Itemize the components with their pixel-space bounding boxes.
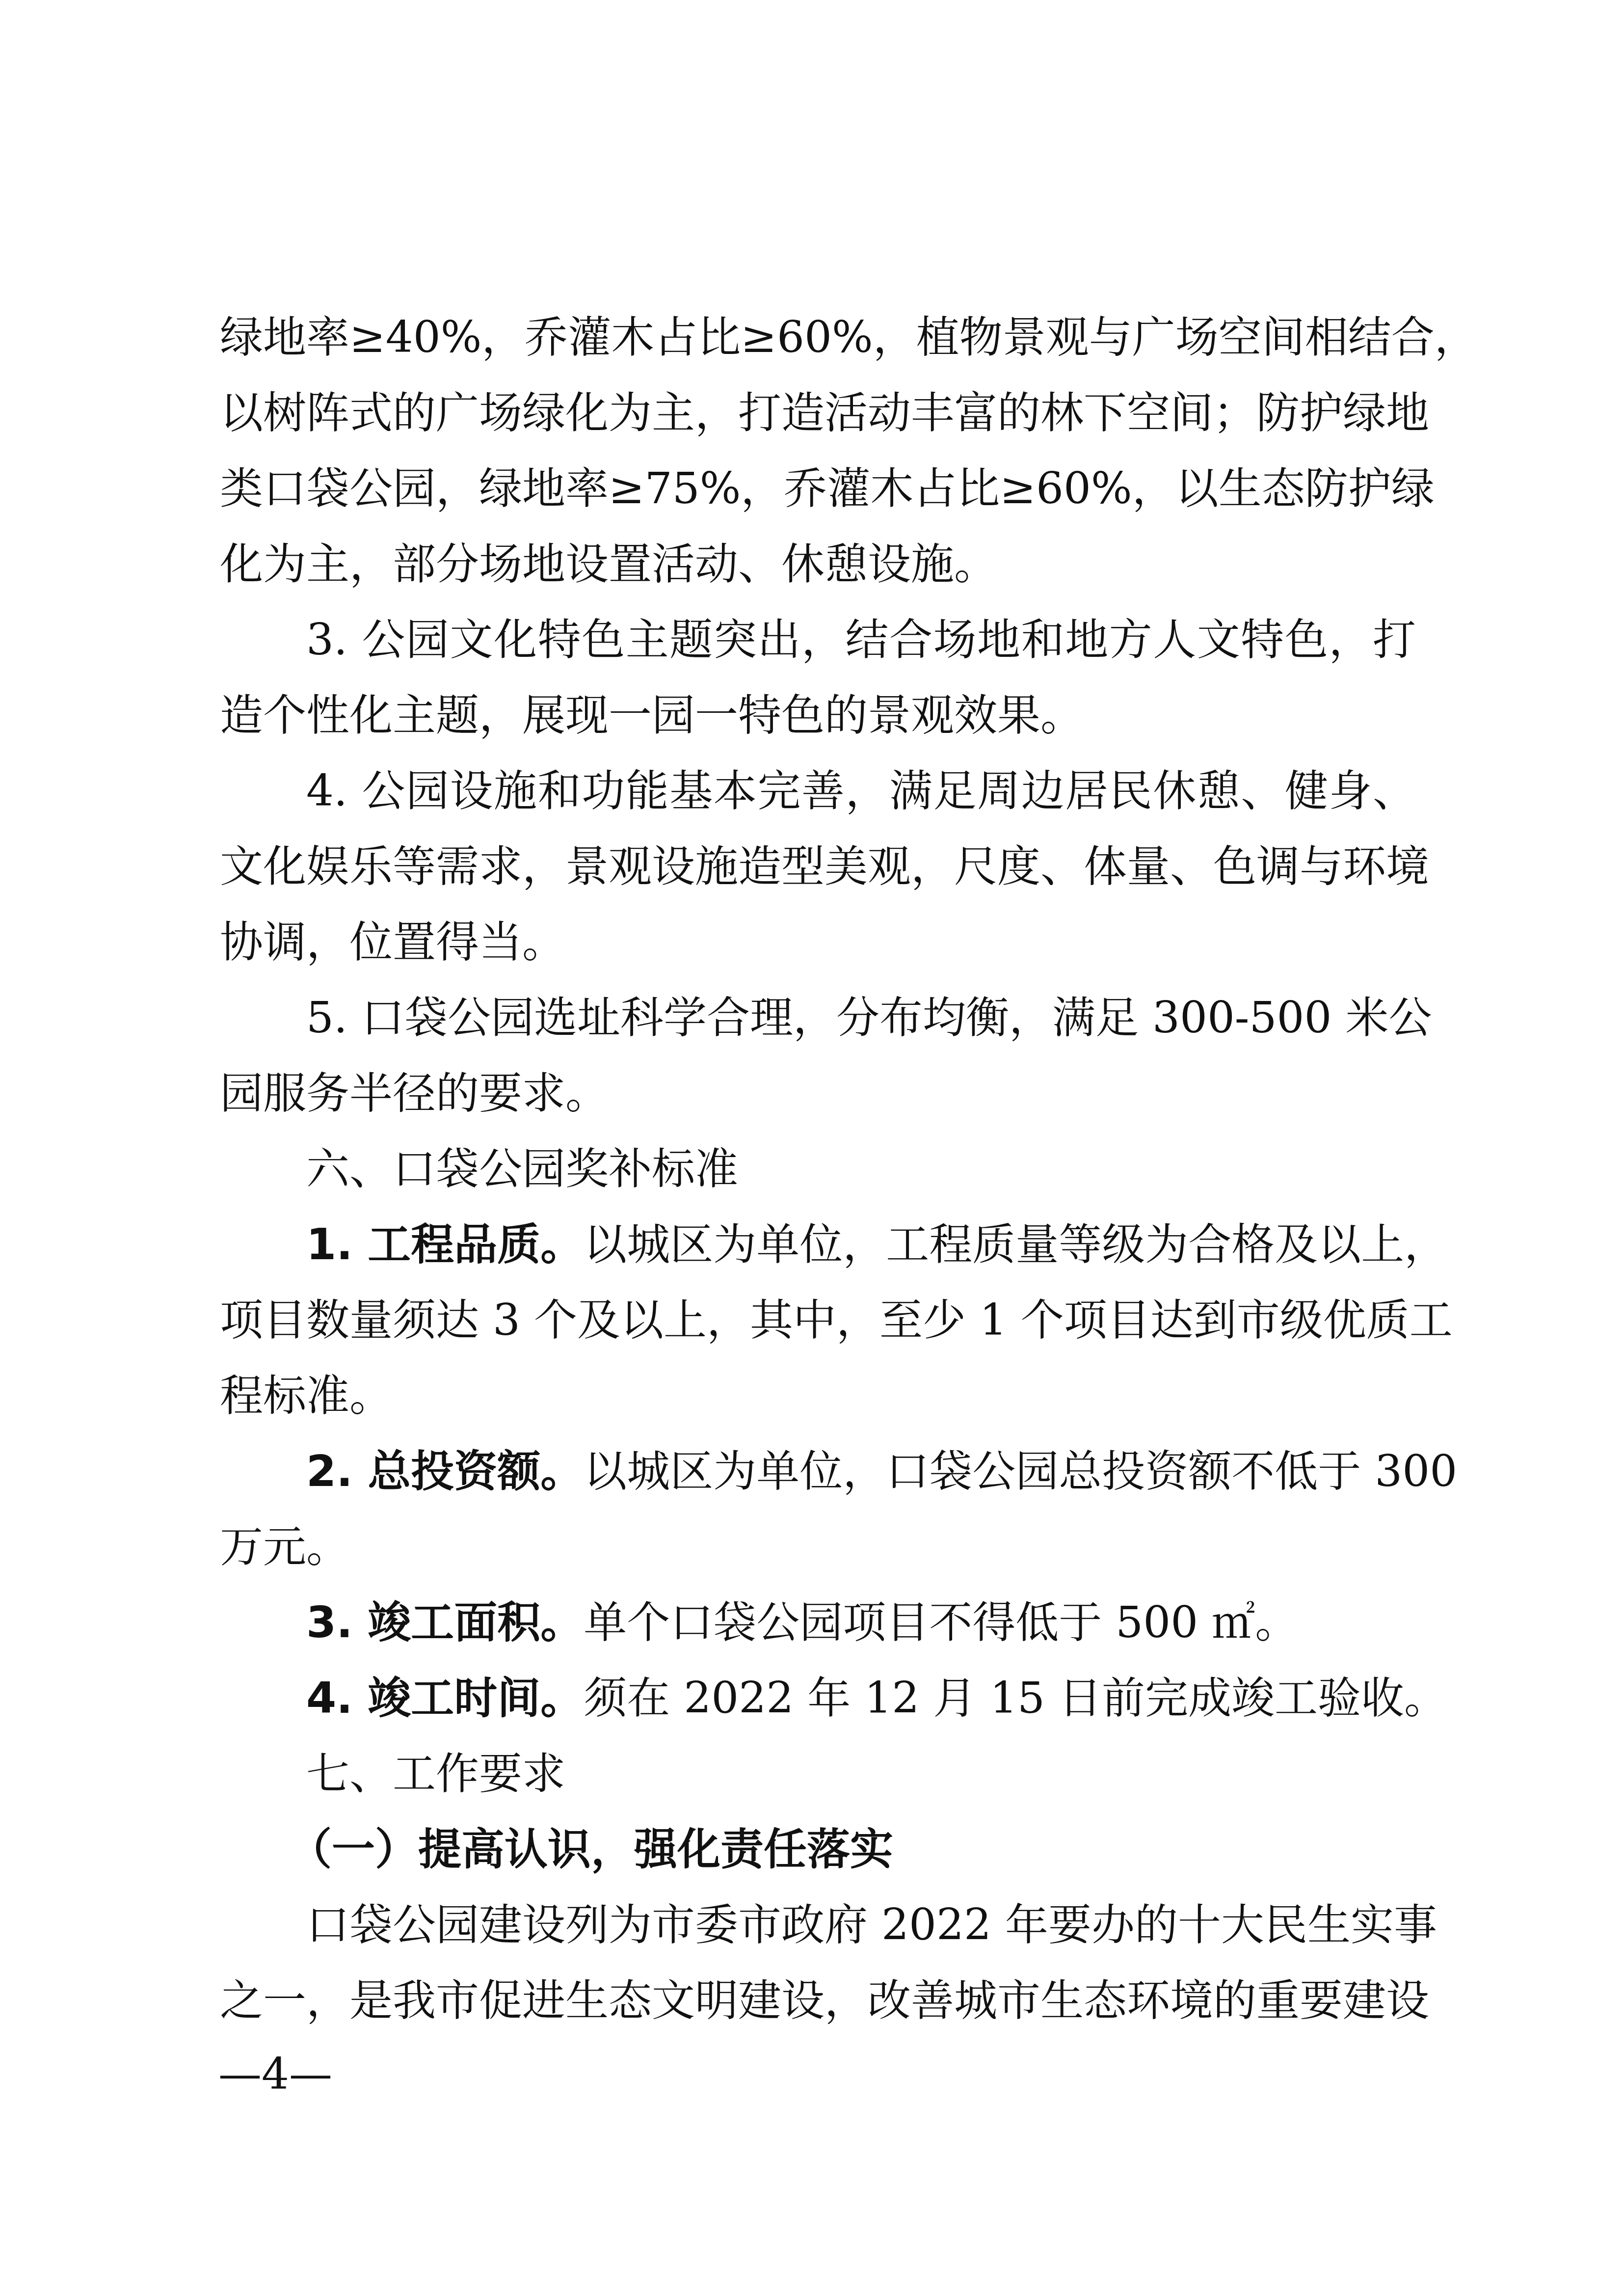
item-lead: 3. 竣工面积。 [306,1597,584,1648]
item-text: 以城区为单位，工程质量等级为合格及以上， [584,1219,1447,1270]
text-line: 园服务半径的要求。 [220,1055,1416,1131]
text-line: 造个性化主题，展现一园一特色的景观效果。 [220,677,1416,753]
text-line: 类口袋公园，绿地率≥75%，乔灌木占比≥60%，以生态防护绿 [220,451,1416,526]
text-line: 之一，是我市促进生态文明建设，改善城市生态环境的重要建设 [220,1963,1416,2038]
text-line: 2. 总投资额。以城区为单位，口袋公园总投资额不低于 300 [220,1433,1416,1509]
document-page: 绿地率≥40%，乔灌木占比≥60%，植物景观与广场空间相结合， 以树阵式的广场绿… [0,0,1623,2296]
paragraph-green-ratio: 绿地率≥40%，乔灌木占比≥60%，植物景观与广场空间相结合， 以树阵式的广场绿… [220,299,1416,602]
award-item-completion-time: 4. 竣工时间。须在 2022 年 12 月 15 日前完成竣工验收。 [220,1660,1416,1736]
subsection-heading-1: （一）提高认识，强化责任落实 [220,1811,1416,1887]
item-lead: 2. 总投资额。 [306,1446,584,1496]
item-lead: 4. 竣工时间。 [306,1673,584,1723]
text-line: 化为主，部分场地设置活动、休憩设施。 [220,526,1416,602]
award-item-area: 3. 竣工面积。单个口袋公园项目不得低于 500 ㎡。 [220,1585,1416,1660]
text-line: 项目数量须达 3 个及以上，其中，至少 1 个项目达到市级优质工 [220,1282,1416,1358]
text-line: 口袋公园建设列为市委市政府 2022 年要办的十大民生实事 [220,1887,1416,1963]
paragraph-item-4: 4. 公园设施和功能基本完善，满足周边居民休憩、健身、 文化娱乐等需求，景观设施… [220,753,1416,980]
text-line: 万元。 [220,1509,1416,1585]
section-heading-6: 六、口袋公园奖补标准 [220,1131,1416,1207]
text-line: 程标准。 [220,1358,1416,1433]
paragraph-work-requirements: 口袋公园建设列为市委市政府 2022 年要办的十大民生实事 之一，是我市促进生态… [220,1887,1416,2038]
text-line: 4. 公园设施和功能基本完善，满足周边居民休憩、健身、 [220,753,1416,829]
item-text: 单个口袋公园项目不得低于 500 ㎡。 [584,1597,1298,1648]
section-heading-7: 七、工作要求 [220,1736,1416,1811]
item-text: 须在 2022 年 12 月 15 日前完成竣工验收。 [584,1673,1447,1723]
text-line: 5. 口袋公园选址科学合理，分布均衡，满足 300-500 米公 [220,980,1416,1055]
text-line: 以树阵式的广场绿化为主，打造活动丰富的林下空间；防护绿地 [220,375,1416,451]
award-item-quality: 1. 工程品质。以城区为单位，工程质量等级为合格及以上， 项目数量须达 3 个及… [220,1207,1416,1433]
text-line: 文化娱乐等需求，景观设施造型美观，尺度、体量、色调与环境 [220,829,1416,904]
item-lead: 1. 工程品质。 [306,1219,584,1270]
award-item-investment: 2. 总投资额。以城区为单位，口袋公园总投资额不低于 300 万元。 [220,1433,1416,1585]
text-line: 3. 竣工面积。单个口袋公园项目不得低于 500 ㎡。 [220,1585,1416,1660]
text-line: 1. 工程品质。以城区为单位，工程质量等级为合格及以上， [220,1207,1416,1282]
body-text: 绿地率≥40%，乔灌木占比≥60%，植物景观与广场空间相结合， 以树阵式的广场绿… [220,299,1416,2038]
text-line: 4. 竣工时间。须在 2022 年 12 月 15 日前完成竣工验收。 [220,1660,1416,1736]
text-line: 协调，位置得当。 [220,904,1416,980]
item-text: 以城区为单位，口袋公园总投资额不低于 300 [584,1446,1457,1496]
page-number: —4— [218,2050,332,2099]
text-line: 绿地率≥40%，乔灌木占比≥60%，植物景观与广场空间相结合， [220,299,1416,375]
paragraph-item-3: 3. 公园文化特色主题突出，结合场地和地方人文特色，打 造个性化主题，展现一园一… [220,602,1416,753]
paragraph-item-5: 5. 口袋公园选址科学合理，分布均衡，满足 300-500 米公 园服务半径的要… [220,980,1416,1131]
text-line: 3. 公园文化特色主题突出，结合场地和地方人文特色，打 [220,602,1416,677]
